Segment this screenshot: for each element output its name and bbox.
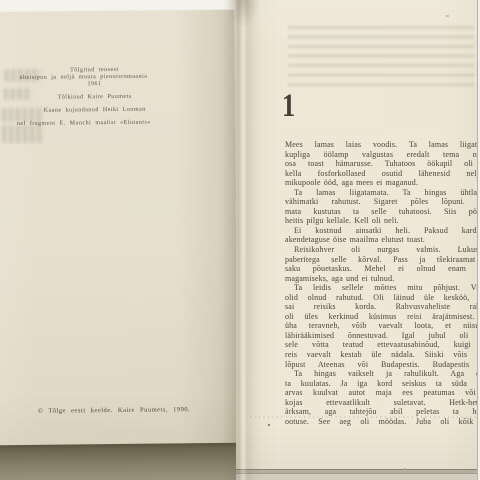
text-line: üha teravneb, võib vaevalt loota, et nii… — [285, 321, 480, 331]
text-line: mata kustutas ta selle tuhatoosi. Siis p… — [285, 207, 480, 217]
text-line: vähimatki rahutust. Sigaret põles lõpuni… — [285, 197, 480, 207]
text-line: kupliga öölamp valgustas eredalt tema nä… — [285, 150, 480, 160]
text-line: akendetaguse öise maailma elutust toast. — [285, 235, 480, 245]
text-line: mikupoole ööd, aga mees ei maganud. — [285, 178, 480, 188]
text-line: kojas ettevaatlikult suletavat. Hetk-het… — [285, 398, 480, 408]
text-line: ootuse. See aeg oli möödas. Juba oli kõi… — [285, 417, 480, 427]
text-line: Ta lamas liigatamata. Ta hingas ühtlasel… — [285, 188, 480, 198]
book-photo: Tõlgitud teosest nheisipuu ja neljä muut… — [0, 0, 480, 480]
page-fore-edge — [236, 469, 477, 480]
text-line: Reisikohver oli nurgas valmis. Lukustatu — [285, 245, 480, 255]
body-text: Mees lamas laias voodis. Ta lamas liigat… — [285, 140, 480, 426]
text-line: lõpust Ateenas või Budapestis. Budapesti… — [285, 360, 480, 370]
text-line: reis vaevalt kestab üle nädala. Siiski v… — [285, 350, 480, 360]
chapter-number: 1 — [282, 90, 295, 123]
book-right-page: 1 Mees lamas laias voodis. Ta lamas liig… — [236, 0, 477, 470]
paper-texture-dots — [250, 416, 476, 418]
text-line: Mees lamas laias voodis. Ta lamas liigat… — [285, 140, 480, 150]
text-line: magamiseks, aga und ei tulnud. — [285, 274, 480, 284]
colophon: Tõlgitud teosest nheisipuu ja neljä muut… — [0, 66, 231, 129]
gutter-shadow — [226, 0, 260, 28]
text-line: olid olnud rahutud. Oli läinud üle keskö… — [285, 293, 480, 303]
text-line: sele võtta teatud ettevaatusabinõud, kui… — [285, 340, 480, 350]
paper-speck — [446, 15, 449, 17]
text-line: saku põuetaskus. Mehel ei olnud enam koh — [285, 264, 480, 274]
text-line: oli üles kerkinud küsimus reisi ärajätmi… — [285, 312, 480, 322]
text-line: sai reisiks korda. Rahvusvaheliste rahut… — [285, 302, 480, 312]
colophon-line: Kaane kujundanud Heiki Looman — [0, 106, 231, 116]
show-through-text — [288, 26, 474, 92]
text-line: ta kuulatas. Ja iga kord seiskus ta süda… — [285, 379, 480, 389]
text-line: heitis pilgu kellale. Kell oli neli. — [285, 216, 480, 226]
text-line: osa toast hämarusse. Tuhatoos öökapil ol… — [285, 159, 480, 169]
text-line: arvas kuulvat autot maja ees peatumas võ… — [285, 388, 480, 398]
text-line: Ta leidis sellele mõttes mitu põhjust. V… — [285, 283, 480, 293]
paper-speck — [268, 424, 270, 426]
paper-speck — [404, 468, 406, 470]
text-line: läbirääkimised õnnestuvad. Igal juhul ol… — [285, 331, 480, 341]
text-line: paberitega selle kõrval. Pass ja tšekira… — [285, 255, 480, 265]
book-left-page: Tõlgitud teosest nheisipuu ja neljä muut… — [0, 10, 238, 446]
text-line: Ei kostnud ainsatki heli. Paksud kardina… — [285, 226, 480, 236]
text-line: kella fosforkollased osutid lähenesid ne… — [285, 169, 480, 179]
colophon-line: Tõlkinud Kaire Puumets — [0, 93, 231, 103]
text-line: Ta hingas vaikselt ja rahulikult. Aga en… — [285, 369, 480, 379]
